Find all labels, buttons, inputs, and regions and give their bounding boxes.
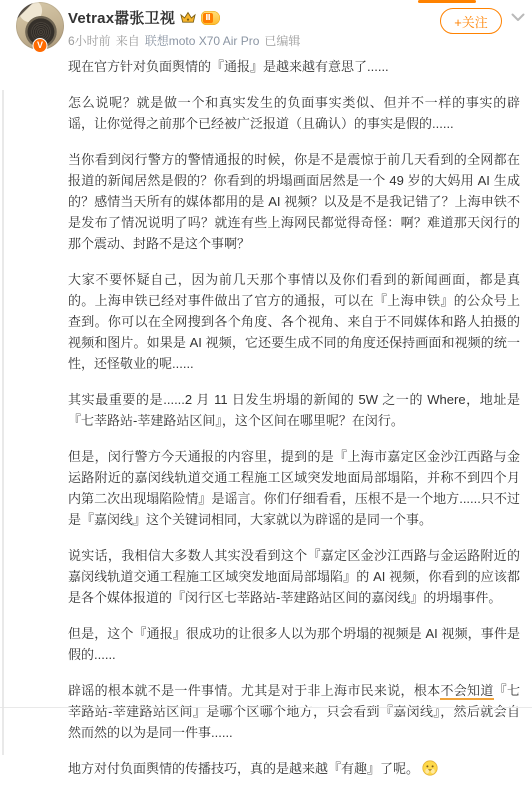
vip-level-badge[interactable]: Ⅱ — [201, 11, 220, 25]
screenshot-seam-line — [0, 707, 532, 708]
timestamp: 6小时前 — [68, 32, 111, 49]
vip-level-text: Ⅱ — [203, 13, 213, 23]
post-body: 现在官方针对负面舆情的『通报』是越来越有意思了...... 怎么说呢？就是做一个… — [68, 56, 520, 779]
edited-label: 已编辑 — [264, 32, 300, 49]
chevron-down-icon[interactable] — [511, 13, 525, 22]
paragraph: 当你看到闵行警方的警情通报的时候，你是不是震惊于前几天看到的全网都在报道的新闻居… — [68, 149, 520, 254]
paragraph-text: 地方对付负面舆情的传播技巧，真的是越来越『有趣』了呢。 — [68, 761, 419, 776]
post-header: V Vetrax嚣张卫视 Ⅱ 6小时前 来自 联想moto X70 Air Pr… — [0, 0, 532, 54]
vip-crown-icon[interactable] — [180, 11, 196, 24]
paragraph: 其实最重要的是......2 月 11 日发生坍塌的新闻的 5W 之一的 Whe… — [68, 389, 520, 431]
paragraph-closing: 地方对付负面舆情的传播技巧，真的是越来越『有趣』了呢。 — [68, 758, 520, 779]
paragraph: 说实话，我相信大多数人其实没看到这个『嘉定区金沙江西路与金运路附近的嘉闵线轨道交… — [68, 545, 520, 608]
username[interactable]: Vetrax嚣张卫视 — [68, 7, 175, 28]
device-link[interactable]: 联想moto X70 Air Pro — [145, 32, 260, 49]
underlined-text: 不会知道 — [440, 683, 493, 700]
paragraph-text: 辟谣的根本就不是一件事情。尤其是对于非上海市民来说，根本 — [68, 683, 440, 698]
paragraph: 怎么说呢？就是做一个和真实发生的负面事实类似、但并不一样的事实的辟谣，让你觉得之… — [68, 92, 520, 134]
paragraph: 现在官方针对负面舆情的『通报』是越来越有意思了...... — [68, 56, 520, 77]
paragraph: 辟谣的根本就不是一件事情。尤其是对于非上海市民来说，根本不会知道『七莘路站-莘建… — [68, 680, 520, 743]
paragraph: 但是，闵行警方今天通报的内容里，提到的是『上海市嘉定区金沙江西路与金运路附近的嘉… — [68, 446, 520, 530]
avatar[interactable]: V — [16, 2, 64, 50]
post-meta: 6小时前 来自 联想moto X70 Air Pro 已编辑 — [68, 32, 300, 49]
from-label: 来自 — [116, 32, 140, 49]
paragraph: 但是，这个『通报』很成功的让很多人以为那个坍塌的视频是 AI 视频，事件是假的.… — [68, 623, 520, 665]
name-row: Vetrax嚣张卫视 Ⅱ — [68, 7, 220, 28]
verified-v-badge-icon: V — [33, 38, 48, 53]
left-edge-artifact — [2, 90, 4, 755]
paragraph: 大家不要怀疑自己，因为前几天那个事情以及你们看到的新闻画面，都是真的。上海申铁已… — [68, 269, 520, 374]
follow-button[interactable]: +关注 — [440, 8, 502, 34]
smiling-face-with-hands-emoji-icon — [422, 760, 438, 776]
